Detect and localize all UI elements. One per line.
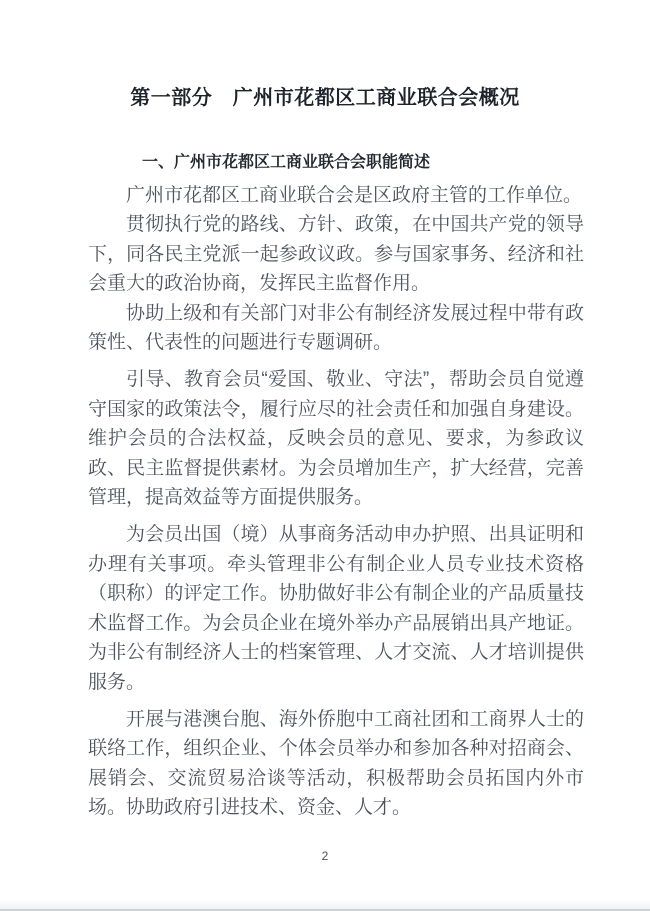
paragraph: 贯彻执行党的路线、方针、政策，在中国共产党的领导下，同各民主党派一起参政议政。参… xyxy=(88,210,584,298)
paragraph: 广州市花都区工商业联合会是区政府主管的工作单位。 xyxy=(88,181,584,210)
paragraph: 开展与港澳台胞、海外侨胞中工商社团和工商界人士的联络工作，组织企业、个体会员举办… xyxy=(88,705,584,823)
document-title: 第一部分 广州市花都区工商业联合会概况 xyxy=(0,0,650,112)
scan-edge-shadow xyxy=(0,899,650,911)
document-page: 第一部分 广州市花都区工商业联合会概况 一、广州市花都区工商业联合会职能简述 广… xyxy=(0,0,650,911)
document-content: 一、广州市花都区工商业联合会职能简述 广州市花都区工商业联合会是区政府主管的工作… xyxy=(88,152,584,823)
paragraph: 为会员出国（境）从事商务活动申办护照、出具证明和办理有关事项。牵头管理非公有制企… xyxy=(88,520,584,696)
paragraph: 引导、教育会员“爱国、敬业、守法”，帮助会员自觉遵守国家的政策法令，履行应尽的社… xyxy=(88,365,584,512)
page-number: 2 xyxy=(0,849,650,863)
paragraph: 协助上级和有关部门对非公有制经济发展过程中带有政策性、代表性的问题进行专题调研。 xyxy=(88,299,584,358)
section-heading: 一、广州市花都区工商业联合会职能简述 xyxy=(88,152,584,174)
paragraphs: 广州市花都区工商业联合会是区政府主管的工作单位。贯彻执行党的路线、方针、政策，在… xyxy=(88,181,584,823)
